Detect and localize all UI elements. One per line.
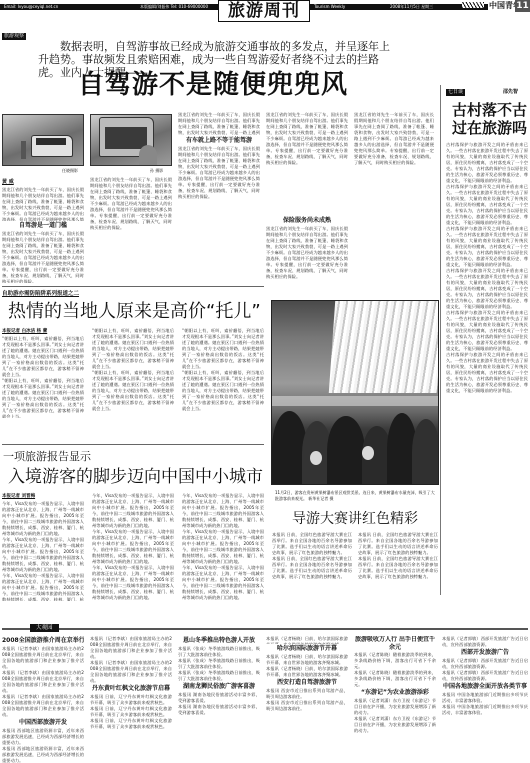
lead-subhead-3: 保险服务尚未成熟	[266, 216, 348, 226]
sidebar-headline-1: 古村落不古	[452, 101, 527, 119]
lead-col-4: 黑龙江省的刘先生一年前买了车，国庆长假期间他和几个朋友结伴自驾出游。他们事先在网…	[266, 112, 348, 283]
sidebar-divider	[440, 85, 441, 595]
lead-subhead-2: 有车就上路不等于能驾游	[178, 136, 260, 146]
brief-title: 2008全国旅游推介周在京举行	[2, 636, 84, 646]
masthead-email: Email: Ivyou@ceyiql.net.cn	[4, 3, 58, 10]
story2-kicker: 自助游亦需防陷阱系列报道之二	[2, 290, 79, 298]
photo-car-front	[2, 114, 84, 166]
divider-story4	[2, 444, 264, 445]
sidebar-body: 古村落保护与旅游开发之间的矛盾由来已久。一些古村落在旅游开发过程中失去了原有的风…	[446, 142, 528, 592]
story4-headline: 入境游客的脚步迈向中国中小城市	[8, 466, 263, 488]
lead-byline: 黄 威	[2, 178, 14, 186]
sidebar-headline-2: 过在旅游吗	[452, 119, 527, 137]
briefs-col-3: 恩山冬季推出特色游人开放 本报讯（张成）冬季旅游线路日前推出，吸引了大批游客前往…	[178, 636, 260, 763]
story2-col-1: “朝阳以上有，旺叫，索价翻倍，到当地后才发现根本不是那么回事。”刘女士向记者讲述…	[2, 336, 84, 418]
masthead-stripes-decoration	[462, 2, 484, 8]
brief-title: 西部开发旅游广告	[442, 648, 528, 658]
section-title: 旅游周刊	[218, 0, 310, 22]
brief-title: 旅游吸收万人行 出手日便宜千余元	[354, 636, 436, 652]
story4-kicker: 一项旅游报告显示	[3, 450, 91, 464]
story3-col-1: 本报讯 日前，全国红色旅游导游大赛在江西举行。来自全国各地的百余名导游参加了比赛…	[272, 532, 352, 602]
brief-title: 中国西部旅游开发	[2, 718, 84, 728]
photo-caption-2: 孙 摄影	[150, 168, 163, 174]
photo-caption-1: 任晓摄影	[62, 168, 78, 174]
story3-headline: 导游大赛讲红色精彩	[292, 510, 418, 528]
sidebar-author: 邵先智	[503, 89, 518, 96]
story2-col-3: “朝阳以上有，旺叫，索价翻倍，到当地后才发现根本不是那么回事。”刘女士向记者讲述…	[182, 328, 264, 418]
brief-title: 西安打造自驾游旅游节	[266, 678, 348, 688]
brief-title: 湖南龙狮民俗旅广游客喜游	[178, 682, 260, 692]
story4-col-1: 今年，Visa发布的一项报告显示，入境中国的游客正在从北京、上海、广州等一线城市…	[2, 501, 84, 601]
photo-car-trunk	[90, 114, 172, 166]
briefs-col-1: 2008全国旅游推介周在京举行 本报讯（记者李斌）由国家旅游局主办的2008全国…	[2, 636, 84, 763]
briefs-col-6: 本报讯（记者郭敏）西部开发旅游广告近日启动，宣传西部旅游资源。 西部开发旅游广告…	[442, 636, 528, 763]
story4-byline: 本报记者 刘晋梅	[2, 493, 35, 501]
story4-col-3: 今年，Visa发布的一项报告显示，入境中国的游客正在从北京、上海、广州等一线城市…	[182, 493, 264, 601]
lead-col-1: 黑龙江省的刘先生一年前买了车，国庆长假期间他和几个朋友结伴自驾出游。他们事先在网…	[2, 187, 84, 283]
story4-col-2: 今年，Visa发布的一项报告显示，入境中国的游客正在从北京、上海、广州等一线城市…	[92, 493, 174, 601]
section-title-en: Tourism Weekly	[314, 3, 345, 10]
brief-title: 丹东黄叶红枫文化旅游节启幕	[90, 684, 172, 694]
brief-title: 中国各地旅游全面开放各类节事	[442, 682, 528, 692]
page-number: 11	[515, 0, 530, 12]
sidebar-tag: 七日谈	[446, 89, 465, 96]
divider-briefs	[2, 628, 528, 630]
story2-byline: 本报记者 白冰洁 杨 蕾	[2, 328, 47, 336]
story3-col-2: 本报讯 日前，全国红色旅游导游大赛在江西举行。来自全国各地的百余名导游参加了比赛…	[358, 532, 438, 587]
briefs-col-4: 本报讯（记者杨晓）日前，哈尔滨国际旅游节开幕，来自世界各地的游客齐聚冰城。 哈尔…	[266, 636, 348, 763]
story2-col-2: “朝阳以上有，旺叫，索价翻倍，到当地后才发现根本不是那么回事。”刘女士向记者讲述…	[92, 328, 174, 418]
lead-headline: 自驾游不是随便兜兜风	[78, 70, 348, 100]
masthead-editor: 本版编辑/刘振伟 Tel: 010-69000000	[140, 3, 208, 10]
briefs-col-2: 本报讯（记者李斌）由国家旅游局主办的2008全国旅游推介周日前在北京举行，来自全…	[90, 636, 172, 763]
lead-col-5: 黑龙江省的刘先生一年前买了车，国庆长假期间他和几个朋友结伴自驾出游。他们事先在网…	[354, 112, 434, 283]
photo-waterfall	[271, 300, 439, 485]
brief-title: 哈尔滨国际旅游节开幕	[266, 644, 348, 654]
photo-waterfall-caption: 11月2日，游客在贵州黄果树瀑布景区观赏美景。连日来，黄果树瀑布水量充沛，吸引了…	[275, 490, 437, 502]
brief-title: 恩山冬季推出特色游人开放	[178, 636, 260, 646]
lead-col-2: 黑龙江省的刘先生一年前买了车，国庆长假期间他和几个朋友结伴自驾出游。他们事先在网…	[90, 177, 172, 283]
section-tag-lead: 旅游观察	[2, 33, 26, 40]
briefs-col-5: 旅游吸收万人行 出手日便宜千余元 本报讯（记者陈晓）随着旅游淡季的到来，多条线路…	[354, 636, 436, 763]
lead-col-3: 黑龙江省的刘先生一年前买了车，国庆长假期间他和几个朋友结伴自驾出游。他们事先在网…	[178, 112, 260, 283]
brief-title: “东游记”为农业旅游添彩	[354, 688, 436, 698]
masthead-date: 2008年11月5日 星期三	[390, 3, 433, 10]
lead-subhead-1: 自驾游是一道门槛	[2, 221, 84, 231]
story2-headline: 热情的当地人原来是高价“托儿”	[8, 300, 261, 324]
divider-story2	[2, 286, 264, 287]
briefs-section-tag: 大观园	[30, 624, 59, 632]
